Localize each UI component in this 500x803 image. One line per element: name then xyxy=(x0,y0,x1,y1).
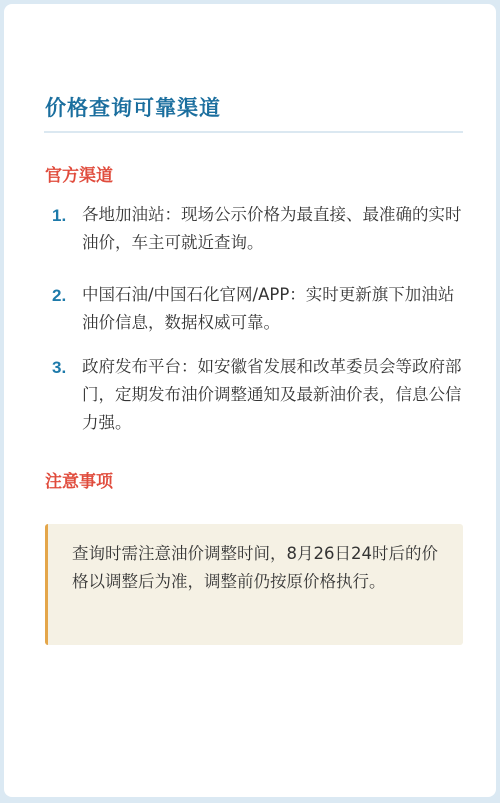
section-heading-official-channels: 官方渠道 xyxy=(45,161,113,186)
section-heading-notes: 注意事项 xyxy=(45,467,113,492)
list-number: 2. xyxy=(52,286,66,306)
notice-box: 查询时需注意油价调整时间，8月26日24时后的价格以调整后为准，调整前仍按原价格… xyxy=(45,524,463,645)
list-item-text: 各地加油站：现场公示价格为最直接、最准确的实时油价，车主可就近查询。 xyxy=(82,201,464,257)
list-number: 3. xyxy=(52,358,66,378)
list-item-text: 政府发布平台：如安徽省发展和改革委员会等政府部门，定期发布油价调整通知及最新油价… xyxy=(82,353,464,437)
page-title: 价格查询可靠渠道 xyxy=(45,92,221,122)
list-item-text: 中国石油/中国石化官网/APP：实时更新旗下加油站油价信息，数据权威可靠。 xyxy=(82,281,464,337)
content-card: 价格查询可靠渠道 官方渠道 1. 各地加油站：现场公示价格为最直接、最准确的实时… xyxy=(4,4,496,797)
title-divider xyxy=(44,131,463,133)
notice-text: 查询时需注意油价调整时间，8月26日24时后的价格以调整后为准，调整前仍按原价格… xyxy=(72,540,454,596)
list-number: 1. xyxy=(52,206,66,226)
